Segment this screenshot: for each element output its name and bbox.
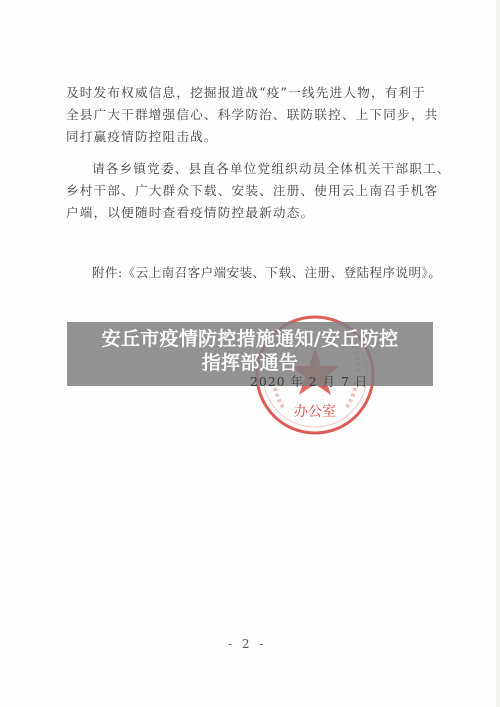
paragraph-1-line-2: 全县广大干群增强信心、科学防治、联防联控、上下同步，共 [66,104,438,126]
seal-text: 办公室 [294,403,336,420]
paragraph-2-line-1: 请各乡镇党委、县直各单位党组织动员全体机关干部职工、 [66,158,438,180]
banner-title-line-1: 安丘市疫情防控措施通知/安丘防控 [67,327,433,351]
title-banner-text: 安丘市疫情防控措施通知/安丘防控 指挥部通告 [67,322,433,386]
paragraph-2-line-2: 乡村干部、广大群众下载、安装、注册、使用云上南召手机客 [66,180,438,202]
page-edge [496,0,500,707]
banner-title: 安丘市疫情防控措施通知/安丘防控 指挥部通告 [67,322,433,375]
document-page: 及时发布权威信息，挖掘报道战“疫”一线先进人物，有利于 全县广大干群增强信心、科… [0,0,500,707]
banner-title-line-2: 指挥部通告 [67,351,433,375]
paragraph-2-line-3: 户端，以便随时查看疫情防控最新动态。 [66,202,438,224]
paragraph-1-line-1: 及时发布权威信息，挖掘报道战“疫”一线先进人物，有利于 [66,82,438,104]
paragraph-2: 请各乡镇党委、县直各单位党组织动员全体机关干部职工、 乡村干部、广大群众下载、安… [66,158,438,224]
attachment-note: 附件:《云上南召客户端安装、下载、注册、登陆程序说明》。 [92,263,441,281]
paragraph-1: 及时发布权威信息，挖掘报道战“疫”一线先进人物，有利于 全县广大干群增强信心、科… [66,82,438,148]
page-number: - 2 - [228,637,266,651]
paragraph-1-line-3: 同打赢疫情防控阻击战。 [66,126,438,148]
